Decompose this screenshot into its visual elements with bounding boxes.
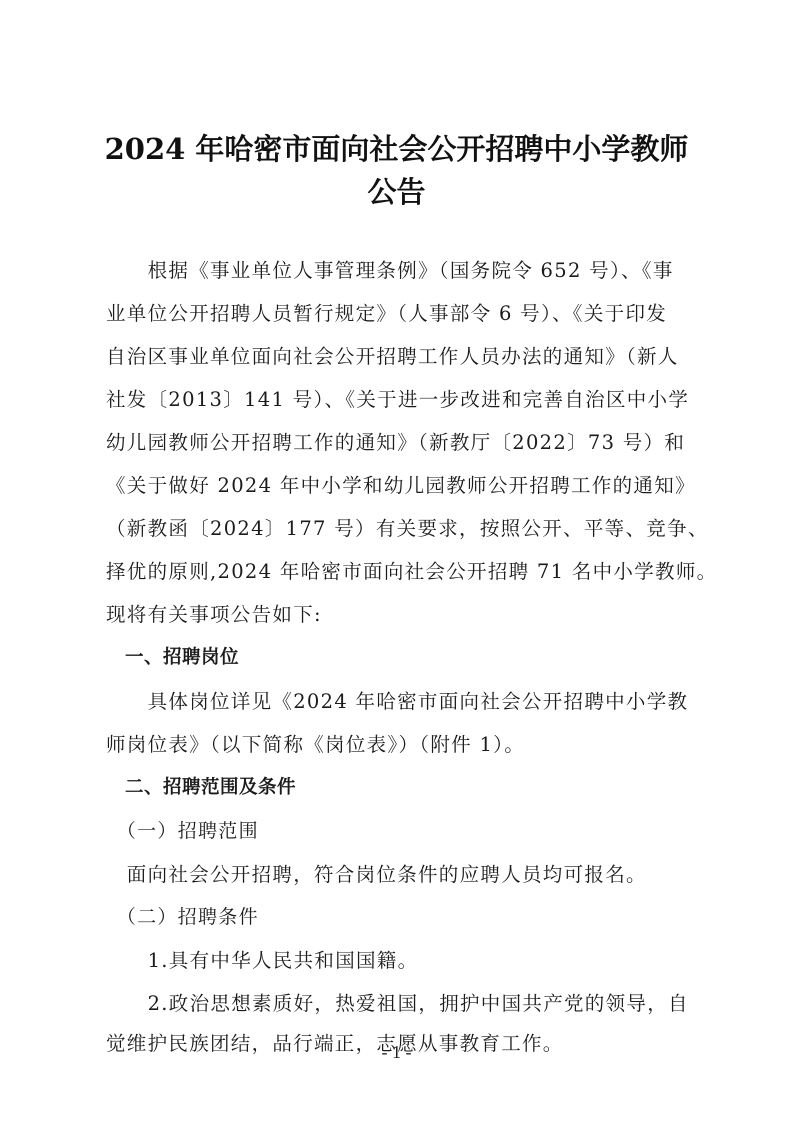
section-heading: 二、招聘范围及条件 <box>106 773 692 799</box>
intro-line: 根据《事业单位人事管理条例》（国务院令 652 号）、《事 <box>106 255 692 283</box>
page-number: - 1 - <box>0 1042 793 1063</box>
document-title-line-2: 公告 <box>0 170 793 211</box>
section-line: 师岗位表》（以下简称《岗位表》）（附件 1）。 <box>106 729 692 757</box>
intro-line: （新教函〔2024〕177 号）有关要求，按照公开、平等、竞争、 <box>106 513 692 541</box>
section-heading: 一、招聘岗位 <box>106 643 692 669</box>
section-line: 具体岗位详见《2024 年哈密市面向社会公开招聘中小学教 <box>106 686 692 714</box>
section-line: 2.政治思想素质好，热爱祖国，拥护中国共产党的领导，自 <box>106 988 692 1016</box>
intro-line: 现将有关事项公告如下: <box>106 599 692 627</box>
subsection-heading: （二）招聘条件 <box>106 902 692 929</box>
intro-line: 《关于做好 2024 年中小学和幼儿园教师公开招聘工作的通知》 <box>106 470 692 498</box>
intro-line: 业单位公开招聘人员暂行规定》（人事部令 6 号）、《关于印发 <box>106 298 692 326</box>
document-title-line-1: 2024 年哈密市面向社会公开招聘中小学教师 <box>0 127 793 168</box>
intro-line: 择优的原则,2024 年哈密市面向社会公开招聘 71 名中小学教师。 <box>106 556 692 584</box>
section-line: 面向社会公开招聘，符合岗位条件的应聘人员均可报名。 <box>106 859 692 887</box>
section-line: 1.具有中华人民共和国国籍。 <box>106 945 692 973</box>
intro-line: 幼儿园教师公开招聘工作的通知》（新教厅〔2022〕73 号）和 <box>106 427 692 455</box>
intro-line: 社发〔2013〕141 号）、《关于进一步改进和完善自治区中小学 <box>106 384 692 412</box>
intro-line: 自治区事业单位面向社会公开招聘工作人员办法的通知》（新人 <box>106 341 692 369</box>
subsection-heading: （一）招聘范围 <box>106 816 692 843</box>
